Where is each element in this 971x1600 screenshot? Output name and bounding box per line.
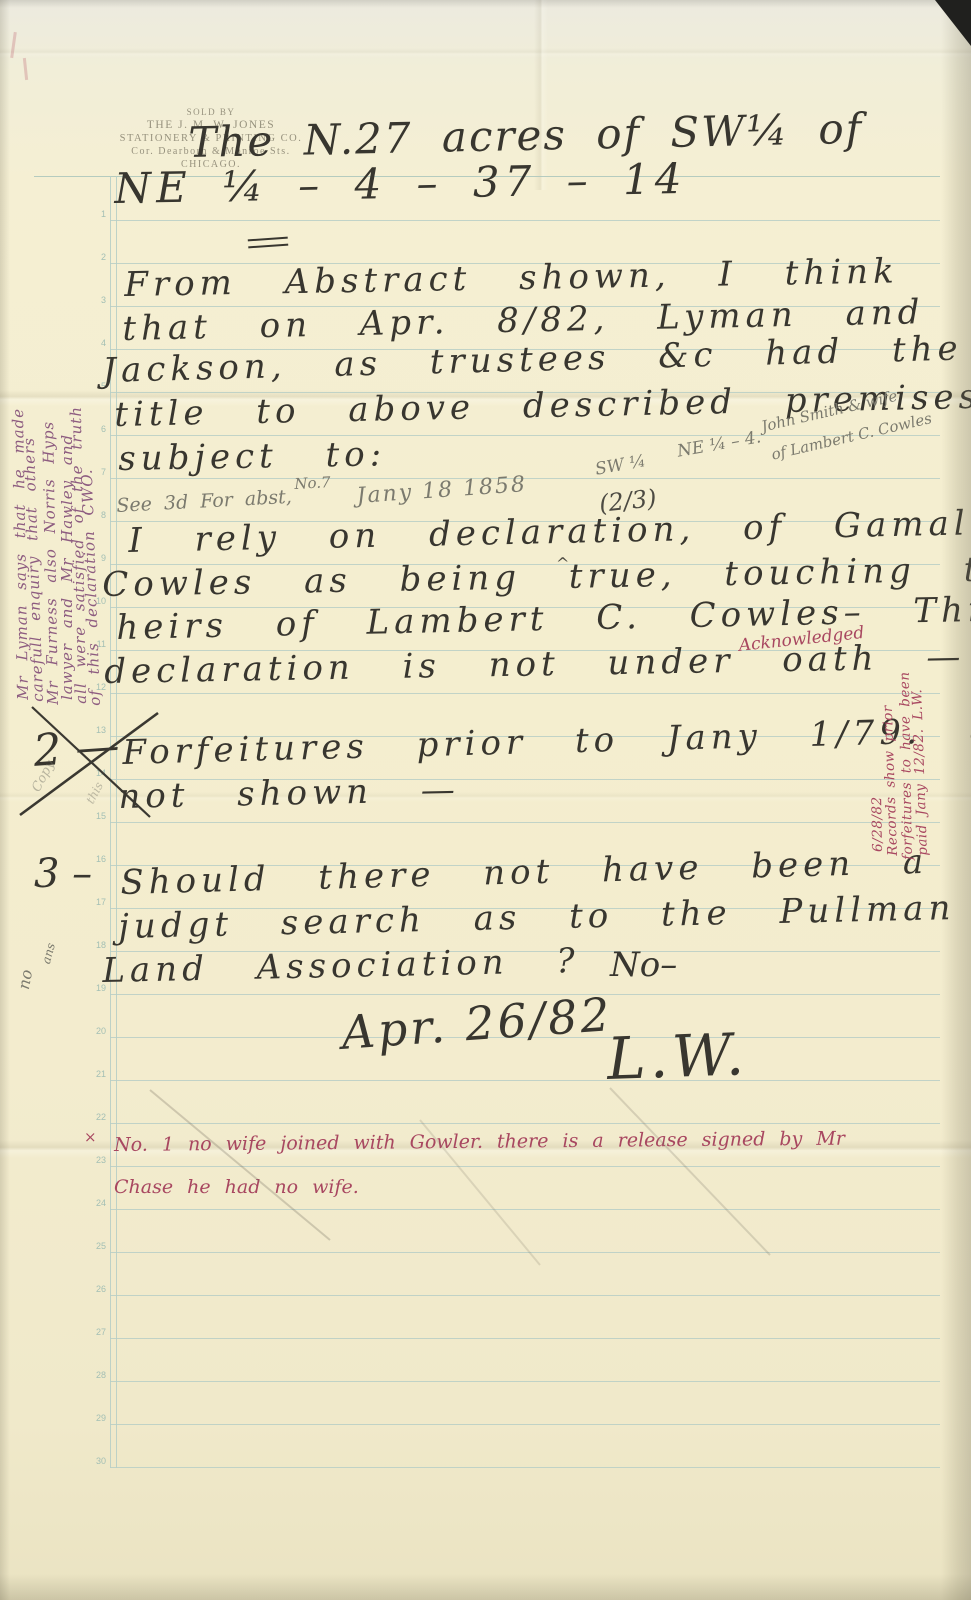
line-number: 3 (90, 295, 106, 305)
faint-mark (10, 32, 17, 58)
line-number: 18 (90, 940, 106, 950)
ruled-line (110, 220, 940, 221)
line-number: 25 (90, 1241, 106, 1251)
line-number: 16 (90, 854, 106, 864)
title-line-2: NE ¼ – 4 – 37 – 14 (114, 158, 687, 210)
rednote-x-mark: × (84, 1130, 97, 1145)
body-line: subject to: (118, 437, 386, 476)
line-number: 29 (90, 1413, 106, 1423)
line-number: 15 (90, 811, 106, 821)
document-scan: 1234567891011121314151617181920212223242… (0, 0, 971, 1600)
paper-edge-bottom (0, 1574, 971, 1600)
line-number: 2 (90, 252, 106, 262)
ruled-line (110, 1123, 940, 1124)
body-line: Land Association ? (102, 944, 580, 988)
rednote-line: Chase he had no wife. (114, 1178, 359, 1197)
line-number: 24 (90, 1198, 106, 1208)
ruled-line (110, 1381, 940, 1382)
item3-answer: No– (610, 948, 677, 982)
rednote-line: No. 1 no wife joined with Gowler. there … (114, 1130, 845, 1155)
folded-corner-mark (935, 0, 971, 46)
ruled-line (110, 822, 940, 823)
caret-mark: ^ (556, 556, 569, 572)
body-line: declaration is not under oath — (104, 640, 966, 689)
ruled-line (110, 1295, 940, 1296)
title-line-1: The N.27 acres of SW¼ of (188, 108, 864, 164)
line-number: 20 (90, 1026, 106, 1036)
pencil-note-no7: No.7 (294, 475, 331, 492)
line-number: 17 (90, 897, 106, 907)
left-margin-pencil-no: no (16, 968, 35, 990)
line-number: 30 (90, 1456, 106, 1466)
line-number: 22 (90, 1112, 106, 1122)
line-number: 23 (90, 1155, 106, 1165)
body-line: not shown — (118, 773, 460, 814)
body-line: I rely on declaration, of Gamaliel (128, 505, 971, 558)
line-number: 1 (90, 209, 106, 219)
ruled-line (110, 1424, 940, 1425)
ruled-line (110, 1252, 940, 1253)
line-number: 26 (90, 1284, 106, 1294)
pencil-note-ne: NE ¼ – 4. (676, 429, 762, 460)
pencil-note-date: Jany 18 1858 (356, 474, 528, 508)
ruled-line (110, 1338, 940, 1339)
line-number: 27 (90, 1327, 106, 1337)
line-number: 28 (90, 1370, 106, 1380)
ruled-line (110, 1467, 940, 1468)
diagonal-pencil-word: this (84, 780, 105, 806)
faint-mark (23, 58, 28, 80)
double-underline-mark (248, 237, 289, 249)
body-line: Forfeitures prior to Jany 1/79. are (122, 712, 971, 770)
paper-edge-left (0, 0, 10, 1600)
line-number: 21 (90, 1069, 106, 1079)
ruled-line (110, 693, 940, 694)
ruled-line (110, 1166, 940, 1167)
left-margin-pencil-ans: ans (40, 942, 57, 965)
pencil-note-sw: SW ¼ (594, 453, 647, 479)
line-number: 6 (90, 424, 106, 434)
pencil-note-see: See 3d For abst, (116, 488, 292, 516)
paper-edge-right (941, 0, 971, 1600)
fold-crease (0, 48, 971, 58)
date: Apr. 26/82 (340, 991, 614, 1056)
ruled-line (110, 1209, 940, 1210)
paper-edge-top (0, 0, 971, 8)
item3-number: 3 – (34, 854, 92, 894)
signature: L.W. (606, 1025, 749, 1088)
ruled-line (110, 1080, 940, 1081)
line-number: 4 (90, 338, 106, 348)
